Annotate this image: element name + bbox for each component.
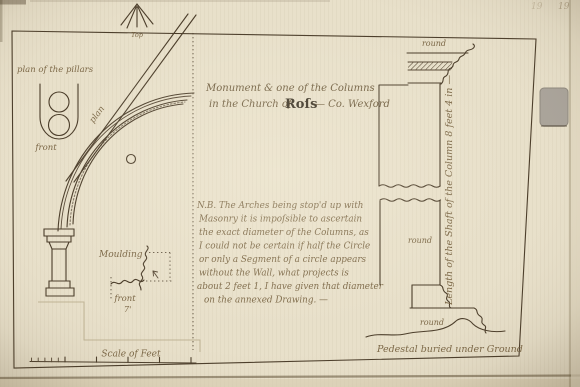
scan-artifacts bbox=[0, 0, 580, 387]
scanned-page: Top 19 19 plan of the pillars front plan bbox=[0, 0, 580, 387]
drawing-canvas: Top 19 19 plan of the pillars front plan bbox=[0, 0, 580, 387]
vignette-overlay bbox=[0, 0, 580, 387]
